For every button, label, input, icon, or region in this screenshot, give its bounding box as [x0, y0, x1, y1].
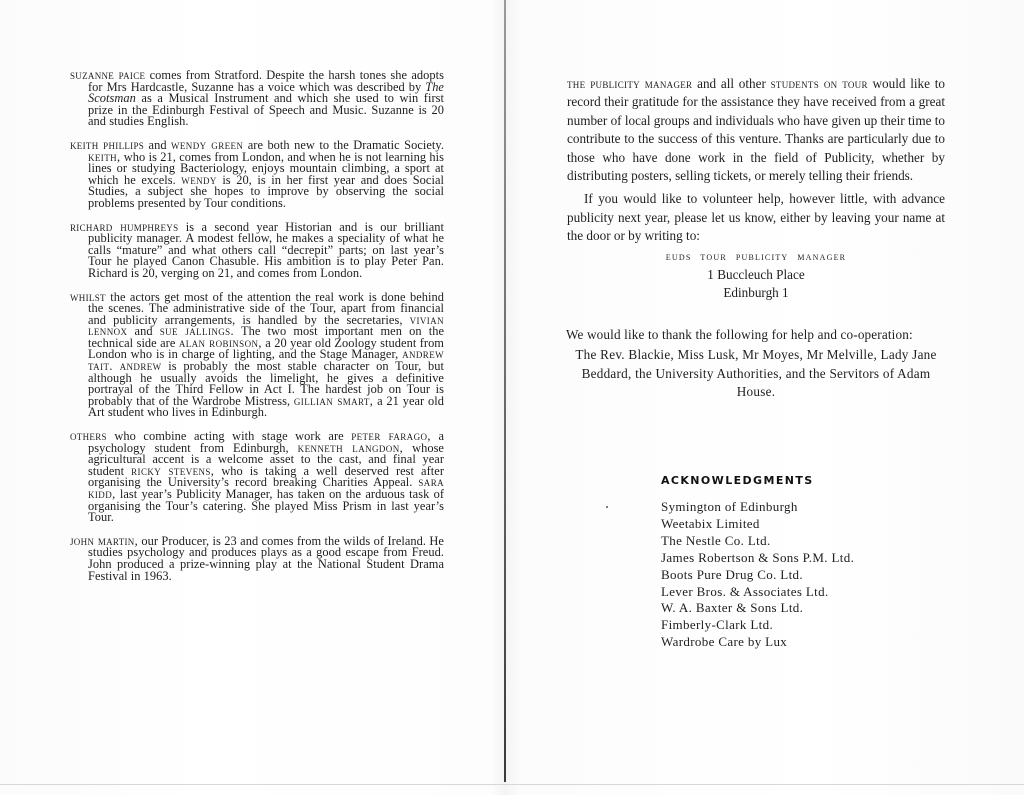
address-block: EUDS Tour Publicity Manager 1 Buccleuch …: [567, 247, 945, 303]
gratitude-text-mid: and all other: [692, 76, 770, 91]
cast-biographies: Suzanne Paice comes from Stratford. Desp…: [70, 70, 444, 594]
page-bottom-edge: [0, 784, 1024, 785]
person-name: Gillian Smart,: [294, 394, 373, 408]
address-recipient: EUDS Tour Publicity Manager: [567, 247, 945, 266]
acknowledgment-item: Boots Pure Drug Co. Ltd.: [661, 567, 921, 584]
biography-paragraph: John Martin, our Producer, is 23 and com…: [70, 536, 444, 582]
center-fold: [504, 0, 506, 782]
biography-paragraph: Richard Humphreys is a second year Histo…: [70, 222, 444, 280]
thanks-names: The Rev. Blackie, Miss Lusk, Mr Moyes, M…: [567, 346, 945, 401]
biography-paragraph: Keith Phillips and Wendy Green are both …: [70, 140, 444, 210]
publicity-manager-caps: The Publicity Manager: [567, 77, 692, 91]
biography-text: our Producer, is 23 and comes from the w…: [88, 534, 444, 583]
acknowledgment-item: Symington of Edinburgh: [661, 499, 921, 516]
biography-paragraph: Others who combine acting with stage wor…: [70, 431, 444, 524]
acknowledgments-section: ACKNOWLEDGMENTS Symington of EdinburghWe…: [661, 474, 921, 651]
address-line-3: Edinburgh 1: [567, 284, 945, 302]
programme-spread: Suzanne Paice comes from Stratford. Desp…: [0, 0, 1024, 795]
address-line-2: 1 Buccleuch Place: [567, 266, 945, 284]
volunteer-paragraph: If you would like to volunteer help, how…: [567, 190, 945, 245]
biography-text: last year’s Publicity Manager, has taken…: [88, 487, 444, 524]
acknowledgments-heading: ACKNOWLEDGMENTS: [661, 474, 921, 487]
gratitude-text-rest: would like to record their gratitude for…: [567, 76, 945, 183]
acknowledgment-item: Lever Bros. & Associates Ltd.: [661, 584, 921, 601]
biography-text: the actors get most of the attention the…: [88, 290, 444, 327]
acknowledgments-list: Symington of EdinburghWeetabix LimitedTh…: [661, 499, 921, 651]
gratitude-paragraph: The Publicity Manager and all other Stud…: [567, 75, 945, 185]
acknowledgment-item: The Nestle Co. Ltd.: [661, 533, 921, 550]
students-on-tour-caps: Students on Tour: [771, 77, 868, 91]
acknowledgment-item: Weetabix Limited: [661, 516, 921, 533]
thanks-intro: We would like to thank the following for…: [566, 326, 945, 344]
biography-text: as a Musical Instrument and which she us…: [88, 91, 444, 128]
acknowledgment-item: Wardrobe Care by Lux: [661, 634, 921, 651]
thanks-section: The Publicity Manager and all other Stud…: [567, 75, 945, 402]
acknowledgment-item: James Robertson & Sons P.M. Ltd.: [661, 550, 921, 567]
acknowledgment-item: W. A. Baxter & Sons Ltd.: [661, 600, 921, 617]
acknowledgment-item: Fimberly-Clark Ltd.: [661, 617, 921, 634]
biography-paragraph: Whilst the actors get most of the attent…: [70, 292, 444, 420]
biography-paragraph: Suzanne Paice comes from Stratford. Desp…: [70, 70, 444, 128]
print-speck: [606, 506, 608, 508]
address-line-1: EUDS Tour Publicity Manager: [666, 251, 846, 263]
